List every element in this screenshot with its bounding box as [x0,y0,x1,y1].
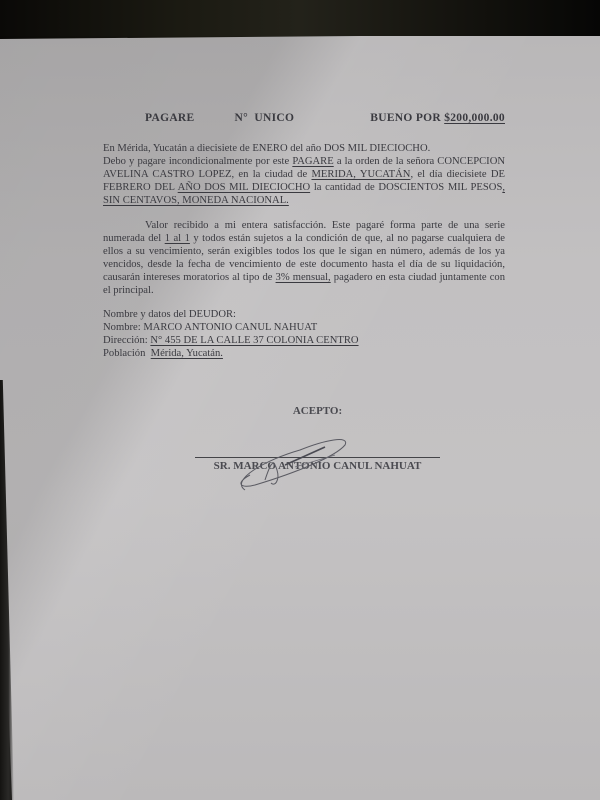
debtor-heading: Nombre y datos del DEUDOR: [103,308,505,321]
note-number: N° UNICO [235,112,295,124]
text: Debo y pagare incondicionalmente por est… [103,156,292,167]
debtor-city: Población Mérida, Yucatán. [103,347,505,360]
underlined-text: 3% mensual, [276,272,331,283]
value: MARCO ANTONIO CANUL NAHUAT [143,322,317,333]
value: Mérida, Yucatán. [151,348,223,359]
label: Población [103,348,145,359]
debtor-name: Nombre: MARCO ANTONIO CANUL NAHUAT [103,321,505,334]
value: N° 455 DE LA CALLE 37 COLONIA CENTRO [150,335,358,346]
debtor-info: Nombre y datos del DEUDOR: Nombre: MARCO… [103,308,505,360]
handwritten-signature [225,425,365,495]
number-value: UNICO [254,112,294,124]
underlined-text: AÑO DOS MIL DIECIOCHO [178,182,310,193]
underlined-text: MERIDA, YUCATÁN [311,169,410,180]
promise-paragraph: Debo y pagare incondicionalmente por est… [103,155,505,207]
note-amount: BUENO POR $200,000.00 [370,112,505,124]
amount-label: BUENO POR [370,112,441,124]
text: la cantidad de DOSCIENTOS MIL PESOS [310,182,502,193]
note-title: PAGARE [145,112,195,124]
note-header: PAGARE N° UNICO BUENO POR $200,000.00 [103,112,505,124]
number-label: N° [235,112,249,124]
amount-value: $200,000.00 [444,112,505,124]
label: Nombre: [103,322,141,333]
label: Dirección: [103,335,148,346]
debtor-address: Dirección: N° 455 DE LA CALLE 37 COLONIA… [103,334,505,347]
promissory-note: PAGARE N° UNICO BUENO POR $200,000.00 En… [103,112,505,360]
underlined-text: PAGARE [292,156,333,167]
underlined-text: 1 al 1 [165,233,190,244]
terms-paragraph: Valor recibido a mi entera satisfacción.… [103,219,505,297]
place-date-line: En Mérida, Yucatán a diecisiete de ENERO… [103,142,505,155]
accept-label: ACEPTO: [195,405,440,417]
